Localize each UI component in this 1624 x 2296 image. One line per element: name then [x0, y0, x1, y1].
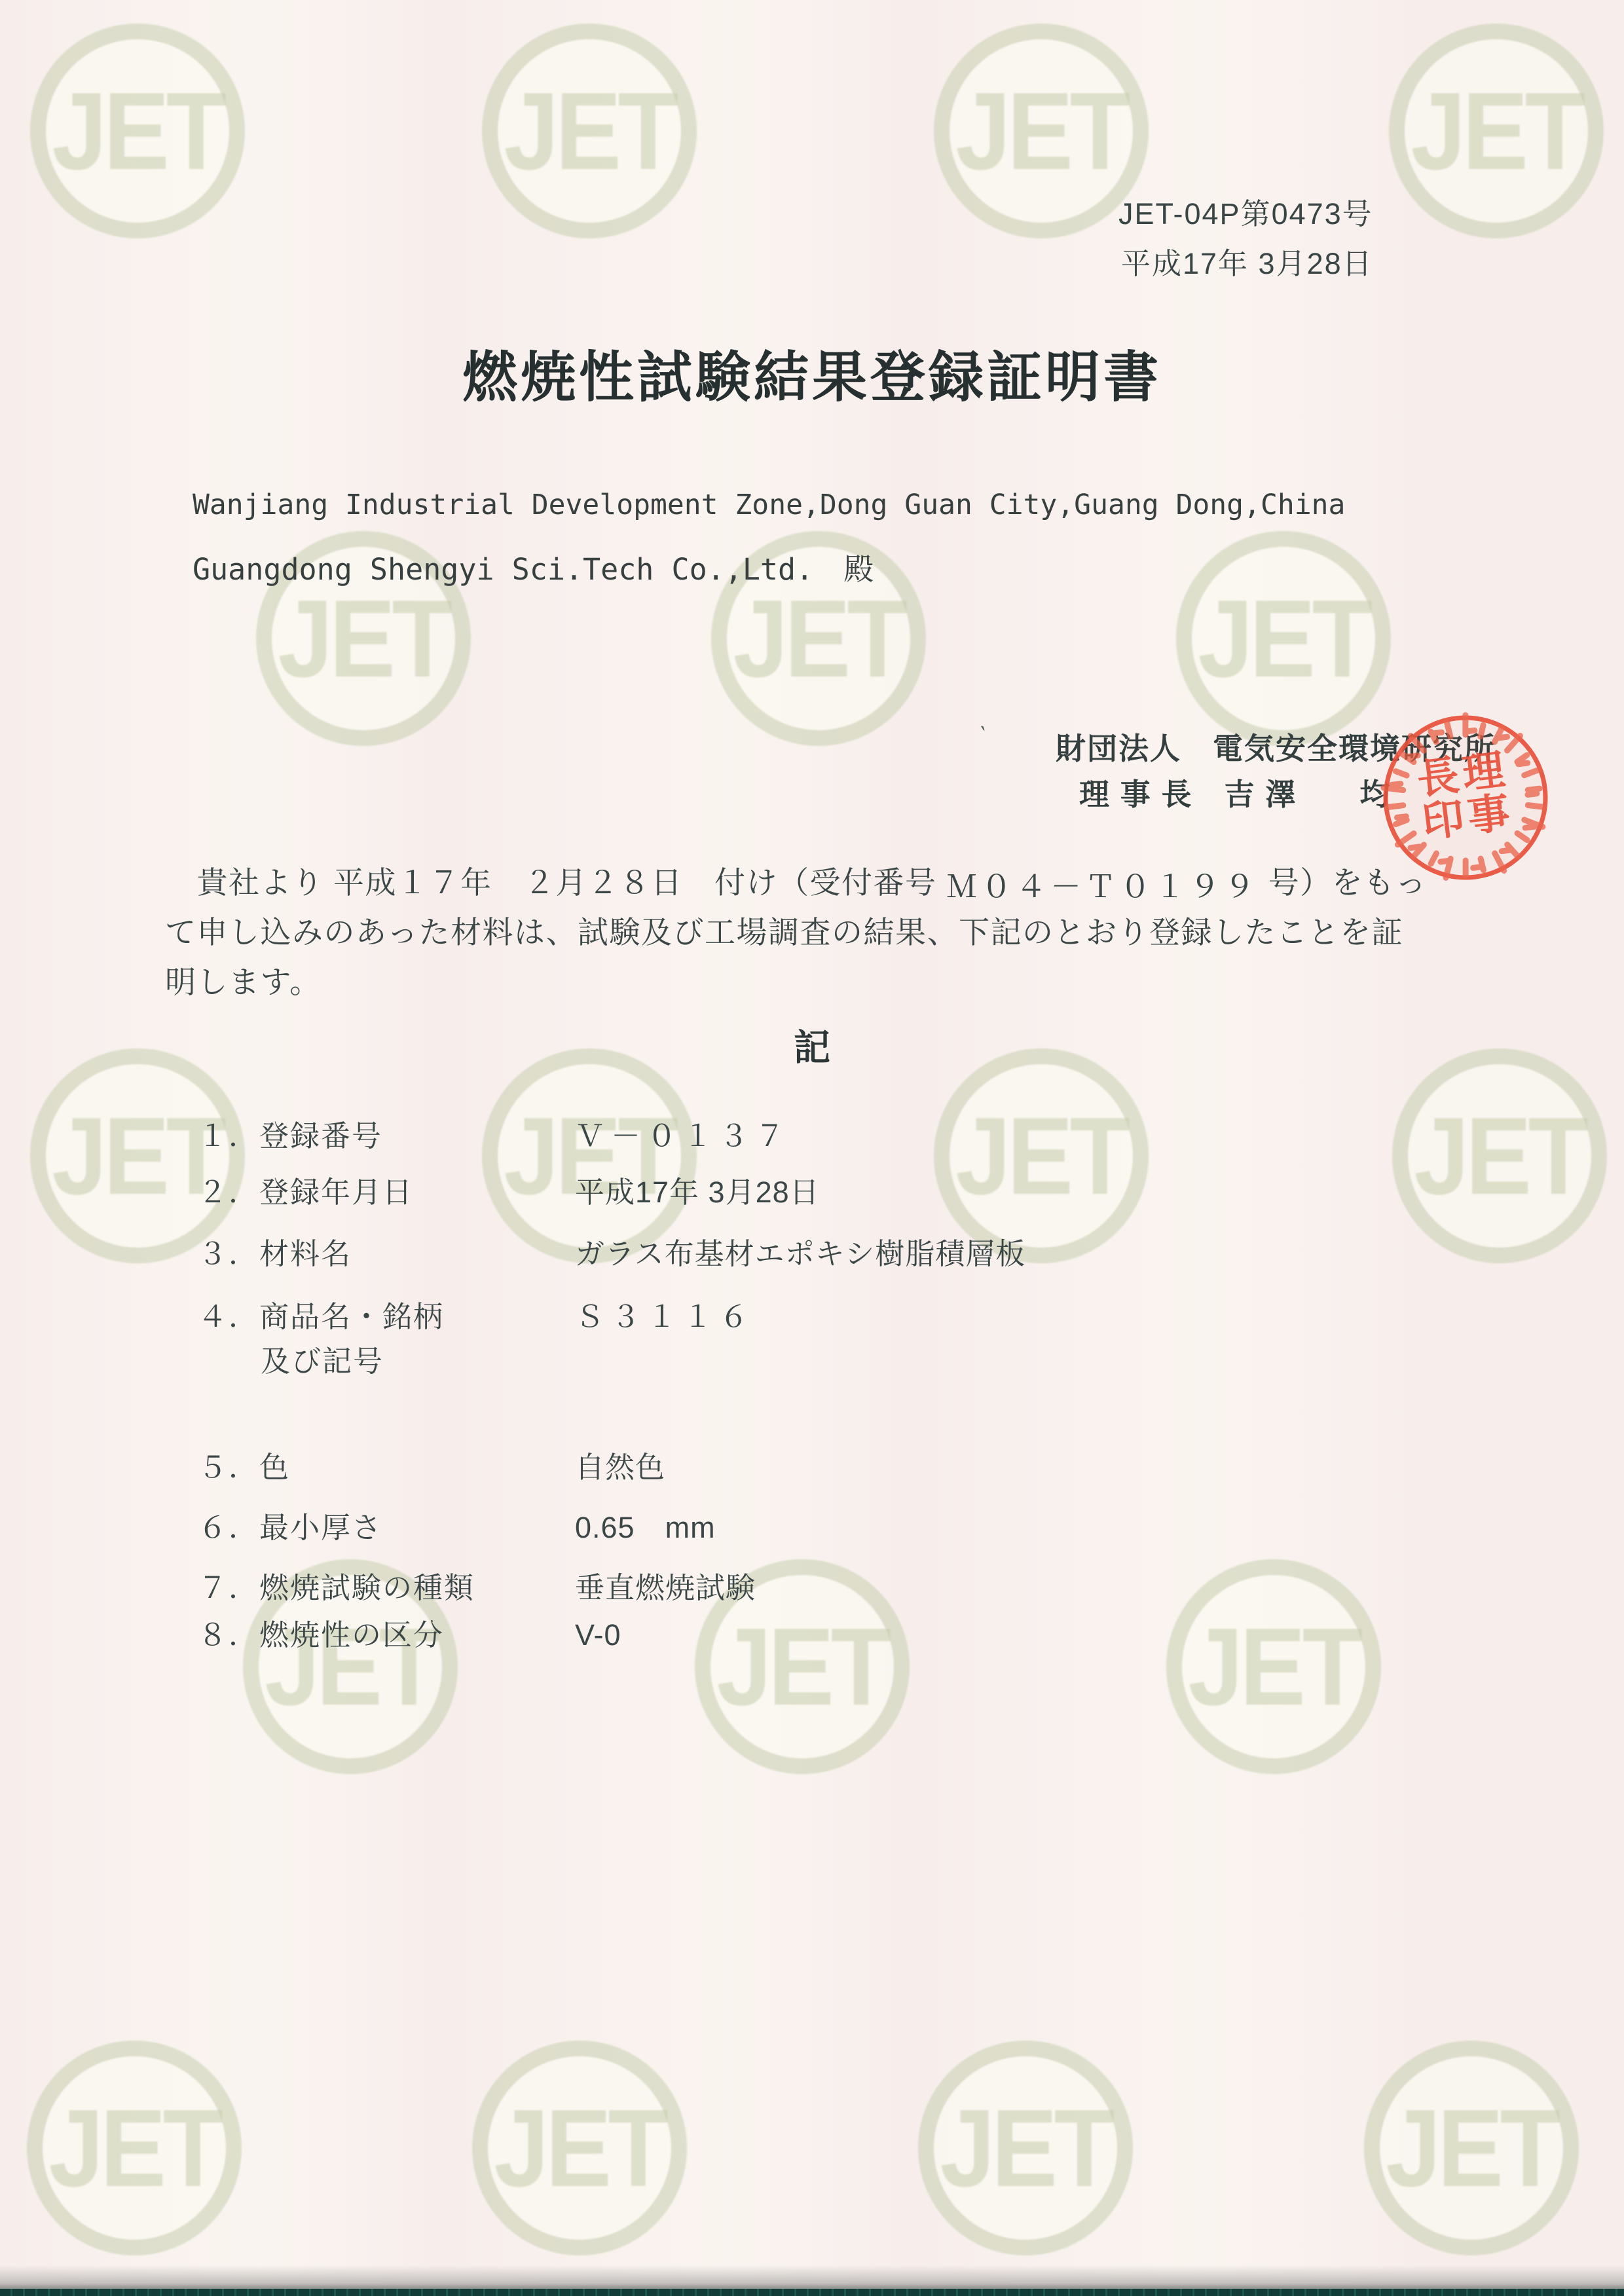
- jet-watermark-logo: JET: [478, 20, 701, 242]
- svg-text:JET: JET: [52, 69, 225, 193]
- item-7-label: ７．燃焼試験の種類: [198, 1573, 475, 1602]
- item-7-value: 垂直燃焼試験: [575, 1573, 756, 1602]
- stray-scan-mark: `: [974, 724, 987, 747]
- svg-text:JET: JET: [494, 2086, 667, 2210]
- jet-watermark-logo: JET: [26, 1045, 249, 1267]
- svg-text:JET: JET: [1411, 69, 1584, 193]
- svg-text:JET: JET: [733, 577, 906, 700]
- issue-date: 平成17年 3月28日: [1121, 249, 1373, 278]
- jet-watermark-logo: JET: [1385, 20, 1608, 242]
- jet-watermark-logo: JET: [26, 20, 249, 242]
- jet-watermark-logo: JET: [930, 1045, 1153, 1267]
- svg-text:JET: JET: [955, 1094, 1129, 1217]
- svg-text:JET: JET: [1188, 1605, 1361, 1728]
- item-3-label: ３．材料名: [198, 1239, 352, 1268]
- item-1-value: Ｖ－０１３７: [575, 1121, 791, 1151]
- svg-text:JET: JET: [504, 69, 677, 193]
- item-5-value: 自然色: [575, 1453, 665, 1482]
- recipient-address: Wanjiang Industrial Development Zone,Don…: [193, 491, 1345, 519]
- jet-watermark-logo: JET: [1360, 2037, 1583, 2259]
- doc-number: JET-04P第0473号: [1118, 199, 1373, 229]
- jet-watermark-logo: JET: [1162, 1555, 1385, 1778]
- recipient-company-name: Guangdong Shengyi Sci.Tech Co.,Ltd.: [193, 552, 813, 587]
- jet-watermark-logo: JET: [1172, 527, 1395, 750]
- svg-text:JET: JET: [278, 577, 451, 700]
- svg-text:JET: JET: [48, 2086, 222, 2210]
- scan-bottom-edge: [0, 2289, 1624, 2296]
- body-line-1: 貴社より 平成１７年 ２月２８日 付け（受付番号 Ｍ０４－Ｔ０１９９ 号）をもっ: [165, 867, 1427, 898]
- item-8-label: ８．燃焼性の区分: [198, 1620, 444, 1650]
- jet-watermark-logo: JET: [23, 2037, 246, 2259]
- body-line-3: 明します。: [165, 967, 322, 997]
- item-2-label: ２．登録年月日: [198, 1177, 413, 1207]
- item-8-value: V-0: [575, 1620, 621, 1650]
- item-2-value: 平成17年 3月28日: [575, 1177, 820, 1207]
- svg-text:JET: JET: [716, 1605, 890, 1728]
- svg-text:JET: JET: [1198, 577, 1371, 700]
- page-title: 燃焼性試験結果登録証明書: [0, 350, 1624, 405]
- item-4-label: ４．商品名・銘柄: [198, 1302, 444, 1331]
- item-6-value: 0.65 mm: [575, 1513, 716, 1542]
- jet-watermark-logo: JET: [914, 2037, 1137, 2259]
- section-heading: 記: [0, 1029, 1624, 1066]
- item-3-value: ガラス布基材エポキシ樹脂積層板: [575, 1239, 1025, 1268]
- svg-text:JET: JET: [940, 2086, 1113, 2210]
- item-4-value: Ｓ３１１６: [575, 1302, 755, 1331]
- item-5-label: ５．色: [198, 1453, 290, 1482]
- svg-text:JET: JET: [1414, 1094, 1587, 1217]
- item-1-label: １．登録番号: [198, 1121, 382, 1151]
- jet-watermark-logo: JET: [468, 2037, 691, 2259]
- receipt-number: Ｍ０４－Ｔ０１９９: [946, 869, 1259, 904]
- svg-text:JET: JET: [955, 69, 1129, 193]
- scan-bottom-shadow: [0, 2265, 1624, 2289]
- item-6-label: ６．最小厚さ: [198, 1513, 382, 1542]
- item-4-label-line2: 及び記号: [261, 1346, 384, 1376]
- jet-watermark-logo: JET: [1388, 1045, 1611, 1267]
- issuer-signer: 理 事 長 吉 澤 均: [1079, 779, 1391, 809]
- jet-watermark-logo: JET: [478, 1045, 701, 1267]
- body-line-2: て申し込みのあった材料は、試験及び工場調査の結果、下記のとおり登録したことを証: [165, 917, 1403, 948]
- recipient-honorific: 殿: [813, 552, 874, 586]
- svg-text:JET: JET: [1386, 2086, 1559, 2210]
- certificate-page: JETJETJETJETJETJETJETJETJETJETJETJETJETJ…: [0, 0, 1624, 2296]
- recipient-company: Guangdong Shengyi Sci.Tech Co.,Ltd. 殿: [193, 554, 874, 584]
